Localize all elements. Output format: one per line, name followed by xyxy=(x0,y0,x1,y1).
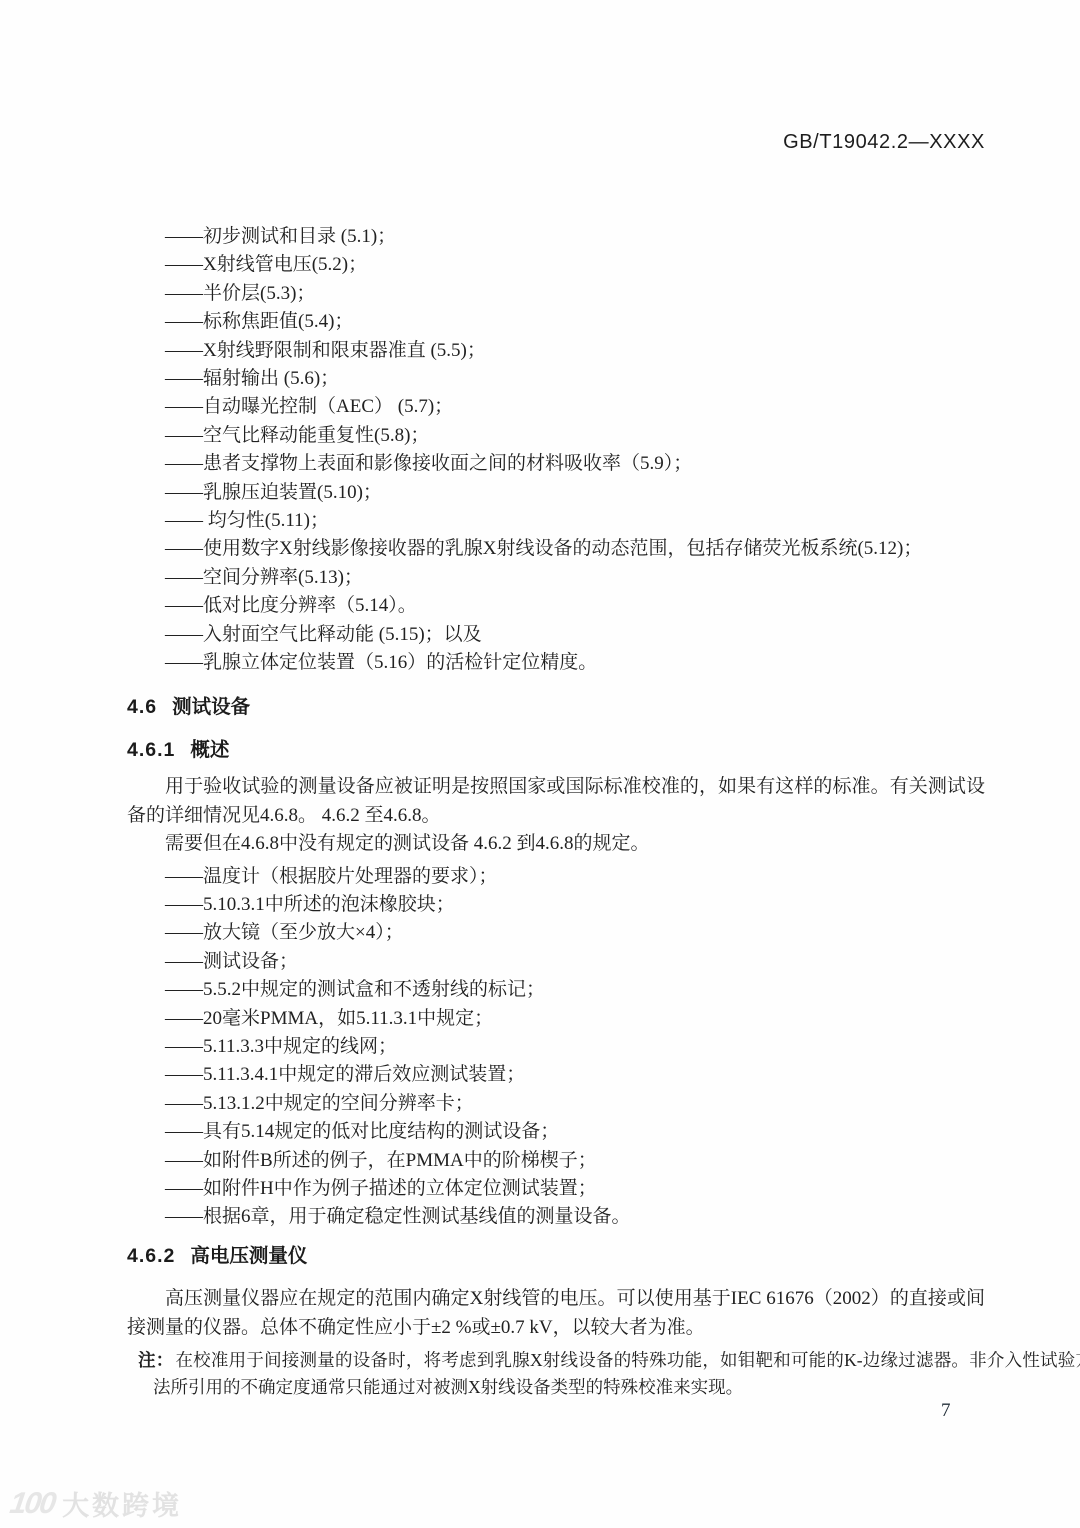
page-number: 7 xyxy=(941,1400,951,1422)
paragraph: 需要但在4.6.8中没有规定的测试设备 4.6.2 到4.6.8的规定。 xyxy=(127,830,985,858)
list-item: ——使用数字X射线影像接收器的乳腺X射线设备的动态范围，包括存储荧光板系统(5.… xyxy=(127,535,985,563)
watermark-text: 大数跨境 xyxy=(62,1484,182,1523)
standard-number-header: GB/T19042.2—XXXX xyxy=(783,131,985,154)
list-item: ——X射线野限制和限束器准直 (5.5)； xyxy=(127,337,985,365)
paragraph: 高压测量仪器应在规定的范围内确定X射线管的电压。可以使用基于IEC 61676（… xyxy=(127,1285,985,1342)
list-item: ——初步测试和目录 (5.1)； xyxy=(127,223,985,251)
section-number: 4.6 xyxy=(127,696,157,718)
list-item: ——5.11.3.3中规定的线网； xyxy=(127,1033,985,1061)
paragraph: 用于验收试验的测量设备应被证明是按照国家或国际标准校准的，如果有这样的标准。有关… xyxy=(127,773,985,830)
list-item: ——X射线管电压(5.2)； xyxy=(127,251,985,279)
equipment-list: ——温度计（根据胶片处理器的要求）； ——5.10.3.1中所述的泡沫橡胶块； … xyxy=(127,863,985,1232)
section-number: 4.6.1 xyxy=(127,739,175,761)
list-item: ——放大镜（至少放大×4）； xyxy=(127,919,985,947)
list-item: ——如附件B所述的例子，在PMMA中的阶梯楔子； xyxy=(127,1147,985,1175)
section-title: 概述 xyxy=(190,739,229,761)
list-item: ——根据6章，用于确定稳定性测试基线值的测量设备。 xyxy=(127,1203,985,1231)
list-item: ——空间分辨率(5.13)； xyxy=(127,564,985,592)
list-item: ——半价层(5.3)； xyxy=(127,280,985,308)
watermark: 100 大数跨境 xyxy=(10,1484,182,1523)
list-item: ——自动曝光控制（AEC） (5.7)； xyxy=(127,393,985,421)
list-item: ——乳腺压迫装置(5.10)； xyxy=(127,479,985,507)
list-item: ——具有5.14规定的低对比度结构的测试设备； xyxy=(127,1118,985,1146)
list-item: ——低对比度分辨率（5.14）。 xyxy=(127,592,985,620)
list-item: ——如附件H中作为例子描述的立体定位测试装置； xyxy=(127,1175,985,1203)
note: 注：在校准用于间接测量的设备时，将考虑到乳腺X射线设备的特殊功能，如钼靶和可能的… xyxy=(127,1347,1080,1401)
list-item: ——测试设备； xyxy=(127,948,985,976)
list-item: ——5.13.1.2中规定的空间分辨率卡； xyxy=(127,1090,985,1118)
list-item: ——患者支撑物上表面和影像接收面之间的材料吸收率（5.9）； xyxy=(127,450,985,478)
section-heading-4-6-1: 4.6.1概述 xyxy=(127,736,985,764)
list-item: ——5.5.2中规定的测试盒和不透射线的标记； xyxy=(127,976,985,1004)
watermark-logo-icon: 100 xyxy=(8,1487,57,1521)
list-item: ——标称焦距值(5.4)； xyxy=(127,308,985,336)
list-item: ——空气比释动能重复性(5.8)； xyxy=(127,422,985,450)
note-text: 在校准用于间接测量的设备时，将考虑到乳腺X射线设备的特殊功能，如钼靶和可能的K-… xyxy=(153,1350,1080,1397)
section-number: 4.6.2 xyxy=(127,1245,175,1267)
list-item: ——乳腺立体定位装置（5.16）的活检针定位精度。 xyxy=(127,649,985,677)
list-item: ——辐射输出 (5.6)； xyxy=(127,365,985,393)
list-item: ——5.11.3.4.1中规定的滞后效应测试装置； xyxy=(127,1061,985,1089)
section-heading-4-6-2: 4.6.2高电压测量仪 xyxy=(127,1242,985,1270)
list-item: ——20毫米PMMA，如5.11.3.1中规定； xyxy=(127,1005,985,1033)
section-title: 高电压测量仪 xyxy=(190,1245,307,1267)
section-title: 测试设备 xyxy=(172,696,250,718)
list-item: ——入射面空气比释动能 (5.15)；以及 xyxy=(127,621,985,649)
document-page: GB/T19042.2—XXXX ——初步测试和目录 (5.1)； ——X射线管… xyxy=(0,0,1080,1528)
section-heading-4-6: 4.6测试设备 xyxy=(127,693,985,721)
list-item: ——5.10.3.1中所述的泡沫橡胶块； xyxy=(127,891,985,919)
test-items-list: ——初步测试和目录 (5.1)； ——X射线管电压(5.2)； ——半价层(5.… xyxy=(127,223,985,678)
note-label: 注： xyxy=(138,1350,173,1370)
list-item: ——温度计（根据胶片处理器的要求）； xyxy=(127,863,985,891)
page-content: ——初步测试和目录 (5.1)； ——X射线管电压(5.2)； ——半价层(5.… xyxy=(127,223,985,1401)
list-item: —— 均匀性(5.11)； xyxy=(127,507,985,535)
